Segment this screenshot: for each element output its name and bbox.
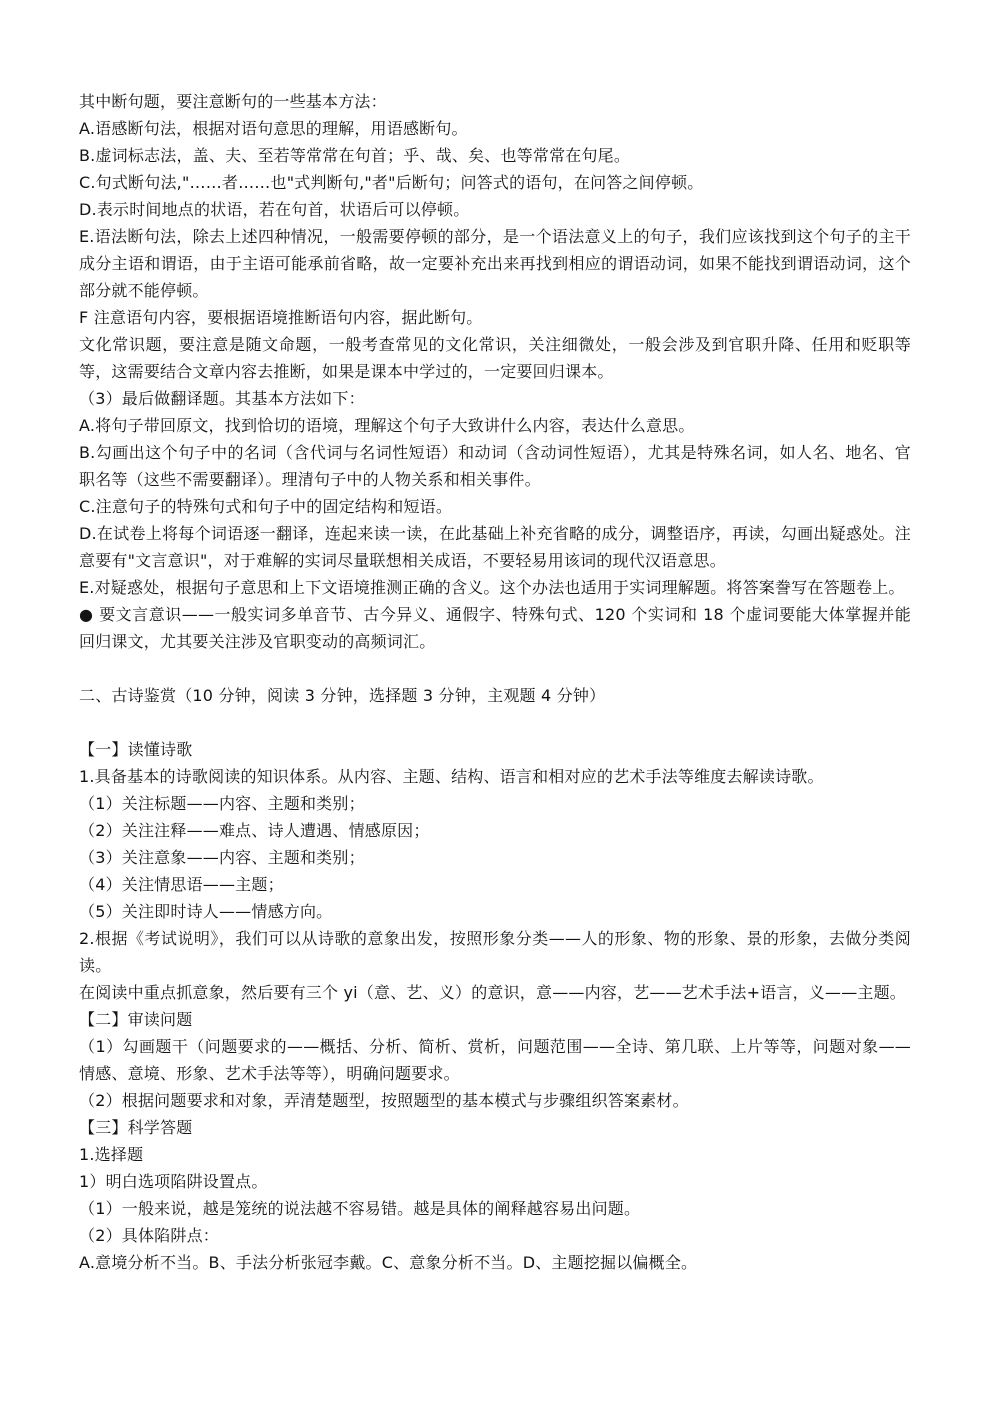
paragraph: 2.根据《考试说明》，我们可以从诗歌的意象出发，按照形象分类——人的形象、物的形… — [79, 925, 911, 979]
paragraph: 1.具备基本的诗歌阅读的知识体系。从内容、主题、结构、语言和相对应的艺术手法等维… — [79, 763, 911, 790]
paragraph: 1.选择题 — [79, 1141, 911, 1168]
paragraph: （4）关注情思语——主题； — [79, 871, 911, 898]
paragraph: E.语法断句法，除去上述四种情况，一般需要停顿的部分，是一个语法意义上的句子，我… — [79, 223, 911, 304]
paragraph: 二、古诗鉴赏（10 分钟，阅读 3 分钟，选择题 3 分钟，主观题 4 分钟） — [79, 682, 911, 709]
paragraph: 其中断句题，要注意断句的一些基本方法： — [79, 88, 911, 115]
paragraph: （1）勾画题干（问题要求的——概括、分析、简析、赏析，问题范围——全诗、第几联、… — [79, 1033, 911, 1087]
paragraph: 1）明白选项陷阱设置点。 — [79, 1168, 911, 1195]
paragraph: （2）关注注释——难点、诗人遭遇、情感原因； — [79, 817, 911, 844]
document-page: 其中断句题，要注意断句的一些基本方法：A.语感断句法，根据对语句意思的理解，用语… — [0, 0, 992, 1403]
paragraph: 【一】读懂诗歌 — [79, 736, 911, 763]
paragraph: ● 要文言意识——一般实词多单音节、古今异义、通假字、特殊句式、120 个实词和… — [79, 601, 911, 655]
paragraph: （1）一般来说，越是笼统的说法越不容易错。越是具体的阐释越容易出问题。 — [79, 1195, 911, 1222]
paragraph: A.将句子带回原文，找到恰切的语境，理解这个句子大致讲什么内容，表达什么意思。 — [79, 412, 911, 439]
paragraph: B.虚词标志法，盖、夫、至若等常常在句首；乎、哉、矣、也等常常在句尾。 — [79, 142, 911, 169]
paragraph: （3）最后做翻译题。其基本方法如下： — [79, 385, 911, 412]
blank-line — [79, 655, 911, 682]
paragraph: C.句式断句法,"……者……也"式判断句,"者"后断句；问答式的语句，在问答之间… — [79, 169, 911, 196]
paragraph: A.意境分析不当。B、手法分析张冠李戴。C、意象分析不当。D、主题挖掘以偏概全。 — [79, 1249, 911, 1276]
paragraph: F 注意语句内容，要根据语境推断语句内容，据此断句。 — [79, 304, 911, 331]
paragraph: 【三】科学答题 — [79, 1114, 911, 1141]
paragraph: A.语感断句法，根据对语句意思的理解，用语感断句。 — [79, 115, 911, 142]
paragraph: （2）根据问题要求和对象，弄清楚题型，按照题型的基本模式与步骤组织答案素材。 — [79, 1087, 911, 1114]
paragraph: E.对疑惑处，根据句子意思和上下文语境推测正确的含义。这个办法也适用于实词理解题… — [79, 574, 911, 601]
paragraph: D.在试卷上将每个词语逐一翻译，连起来读一读，在此基础上补充省略的成分，调整语序… — [79, 520, 911, 574]
document-body: 其中断句题，要注意断句的一些基本方法：A.语感断句法，根据对语句意思的理解，用语… — [79, 88, 911, 1276]
paragraph: （1）关注标题——内容、主题和类别； — [79, 790, 911, 817]
paragraph: D.表示时间地点的状语，若在句首，状语后可以停顿。 — [79, 196, 911, 223]
paragraph: B.勾画出这个句子中的名词（含代词与名词性短语）和动词（含动词性短语），尤其是特… — [79, 439, 911, 493]
blank-line — [79, 709, 911, 736]
paragraph: 在阅读中重点抓意象，然后要有三个 yi（意、艺、义）的意识，意——内容，艺——艺… — [79, 979, 911, 1006]
paragraph: （3）关注意象——内容、主题和类别； — [79, 844, 911, 871]
paragraph: 【二】审读问题 — [79, 1006, 911, 1033]
paragraph: 文化常识题，要注意是随文命题，一般考查常见的文化常识，关注细微处，一般会涉及到官… — [79, 331, 911, 385]
paragraph: （2）具体陷阱点： — [79, 1222, 911, 1249]
paragraph: C.注意句子的特殊句式和句子中的固定结构和短语。 — [79, 493, 911, 520]
paragraph: （5）关注即时诗人——情感方向。 — [79, 898, 911, 925]
